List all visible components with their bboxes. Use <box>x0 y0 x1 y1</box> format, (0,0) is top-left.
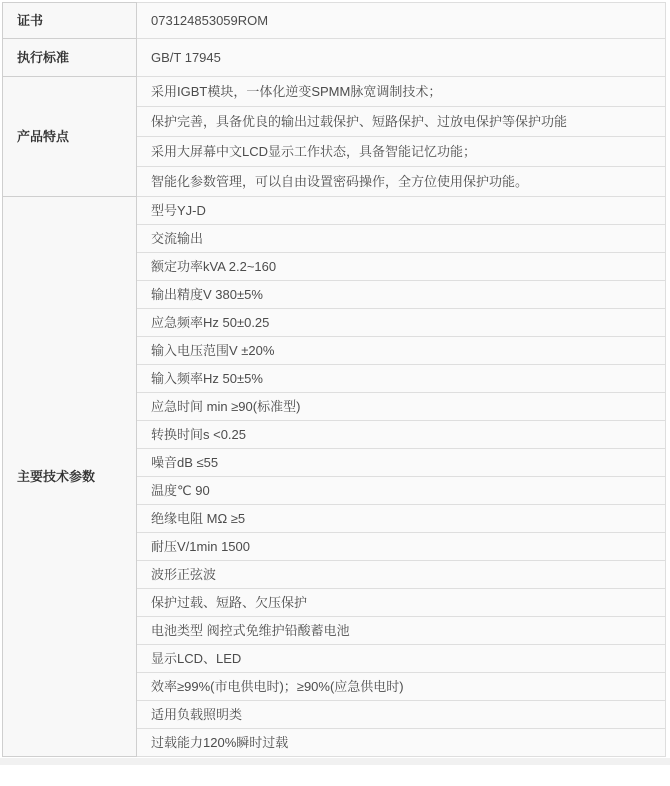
param-item: 应急时间 min ≥90(标准型) <box>137 393 666 421</box>
param-item: 过载能力120%瞬时过载 <box>137 729 666 757</box>
standard-value: GB/T 17945 <box>137 39 666 77</box>
certificate-row: 证书 073124853059ROM <box>3 3 666 39</box>
param-item: 噪音dB ≤55 <box>137 449 666 477</box>
param-item: 电池类型 阀控式免维护铅酸蓄电池 <box>137 617 666 645</box>
standard-row: 执行标准 GB/T 17945 <box>3 39 666 77</box>
feature-item: 智能化参数管理，可以自由设置密码操作，全方位使用保护功能。 <box>137 167 666 197</box>
param-item: 适用负载照明类 <box>137 701 666 729</box>
spec-page: 证书 073124853059ROM 执行标准 GB/T 17945 产品特点 … <box>0 0 670 786</box>
product-spec-table: 证书 073124853059ROM 执行标准 GB/T 17945 产品特点 … <box>2 2 666 757</box>
param-item: 输入电压范围V ±20% <box>137 337 666 365</box>
param-item: 显示LCD、LED <box>137 645 666 673</box>
param-item: 波形正弦波 <box>137 561 666 589</box>
param-row: 主要技术参数 型号YJ-D <box>3 197 666 225</box>
param-item: 型号YJ-D <box>137 197 666 225</box>
param-item: 转换时间s <0.25 <box>137 421 666 449</box>
param-item: 绝缘电阻 MΩ ≥5 <box>137 505 666 533</box>
param-item: 应急频率Hz 50±0.25 <box>137 309 666 337</box>
certificate-label: 证书 <box>3 3 137 39</box>
params-section-label: 主要技术参数 <box>3 197 137 757</box>
features-section-label: 产品特点 <box>3 77 137 197</box>
param-item: 效率≥99%(市电供电时)；≥90%(应急供电时) <box>137 673 666 701</box>
param-item: 输入频率Hz 50±5% <box>137 365 666 393</box>
feature-item: 采用IGBT模块，一体化逆变SPMM脉宽调制技术； <box>137 77 666 107</box>
certificate-value: 073124853059ROM <box>137 3 666 39</box>
feature-item: 保护完善，具备优良的输出过载保护、短路保护、过放电保护等保护功能 <box>137 107 666 137</box>
bottom-strip <box>0 758 670 765</box>
param-item: 输出精度V 380±5% <box>137 281 666 309</box>
feature-item: 采用大屏幕中文LCD显示工作状态，具备智能记忆功能； <box>137 137 666 167</box>
standard-label: 执行标准 <box>3 39 137 77</box>
feature-row: 产品特点 采用IGBT模块，一体化逆变SPMM脉宽调制技术； <box>3 77 666 107</box>
param-item: 温度℃ 90 <box>137 477 666 505</box>
param-item: 交流输出 <box>137 225 666 253</box>
param-item: 额定功率kVA 2.2~160 <box>137 253 666 281</box>
param-item: 耐压V/1min 1500 <box>137 533 666 561</box>
param-item: 保护过载、短路、欠压保护 <box>137 589 666 617</box>
